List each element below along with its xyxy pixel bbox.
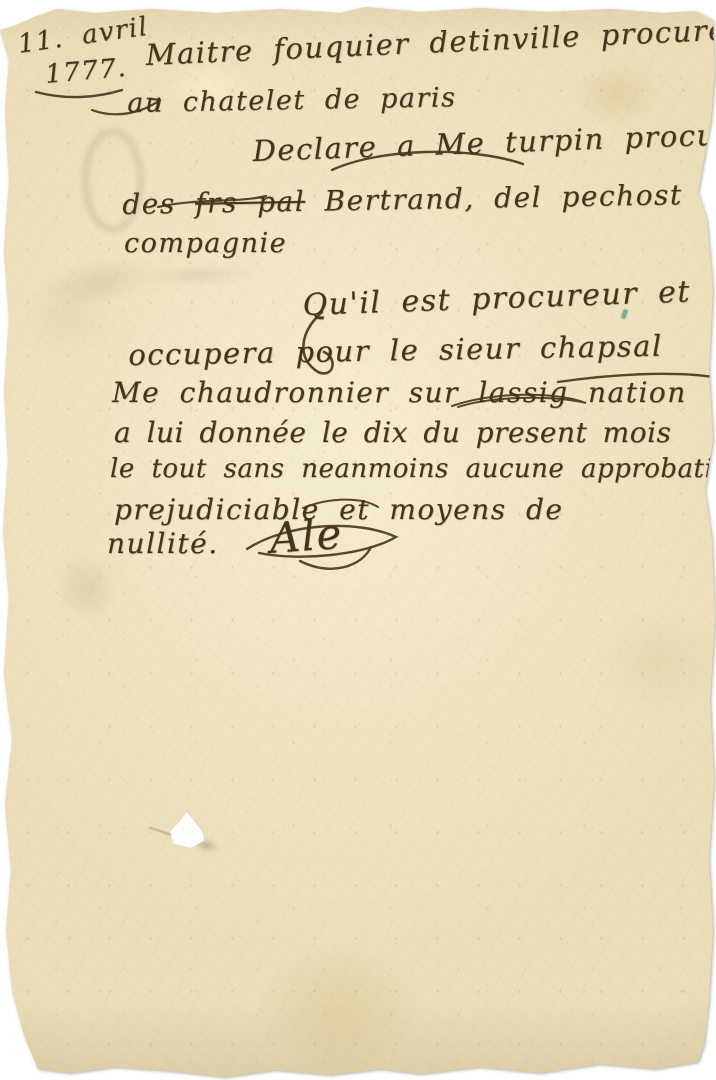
body-line-5: le tout sans neanmoins aucune approbatio… — [110, 454, 716, 484]
verso-writing-showthrough — [138, 261, 259, 289]
heading-line-1: Maitre fouquier detinville procureur — [145, 11, 716, 72]
declaration-line-2-pre: des — [122, 187, 195, 221]
date-underline-flourish — [36, 90, 122, 97]
heading-line-2: au chatelet de paris — [127, 82, 457, 119]
body-line-4: a lui donnée le dix du present mois — [114, 416, 671, 449]
declaration-line-3: compagnie — [124, 228, 287, 259]
margin-date-day-month: 11. avril — [16, 12, 150, 60]
body-line-3: Me chaudronnier sur lassig nation — [112, 376, 687, 409]
declaration-line-2-post: Bertrand, del pechost — [305, 178, 683, 218]
body-line-1: Qu'il est procureur et — [302, 274, 691, 323]
manuscript-sheet: 11. avril 1777. Maitre fouquier detinvil… — [0, 0, 716, 1080]
declaration-line-2-struck-word: frs pal — [195, 185, 306, 220]
body-line-7: nullité. — [107, 527, 219, 560]
declaration-line-2: des frs pal Bertrand, del pechost — [122, 178, 683, 221]
verso-writing-showthrough — [35, 250, 165, 315]
signature-paraph: Ale — [268, 509, 344, 563]
declaration-line-1: Declare a Me turpin procureur — [252, 115, 716, 168]
paper-surface: 11. avril 1777. Maitre fouquier detinvil… — [0, 0, 716, 1080]
body-line-2: occupera pour le sieur chapsal — [128, 329, 663, 372]
paper-hole — [170, 812, 204, 848]
margin-date-year: 1777. — [44, 53, 128, 90]
scan-background: 11. avril 1777. Maitre fouquier detinvil… — [0, 0, 716, 1080]
